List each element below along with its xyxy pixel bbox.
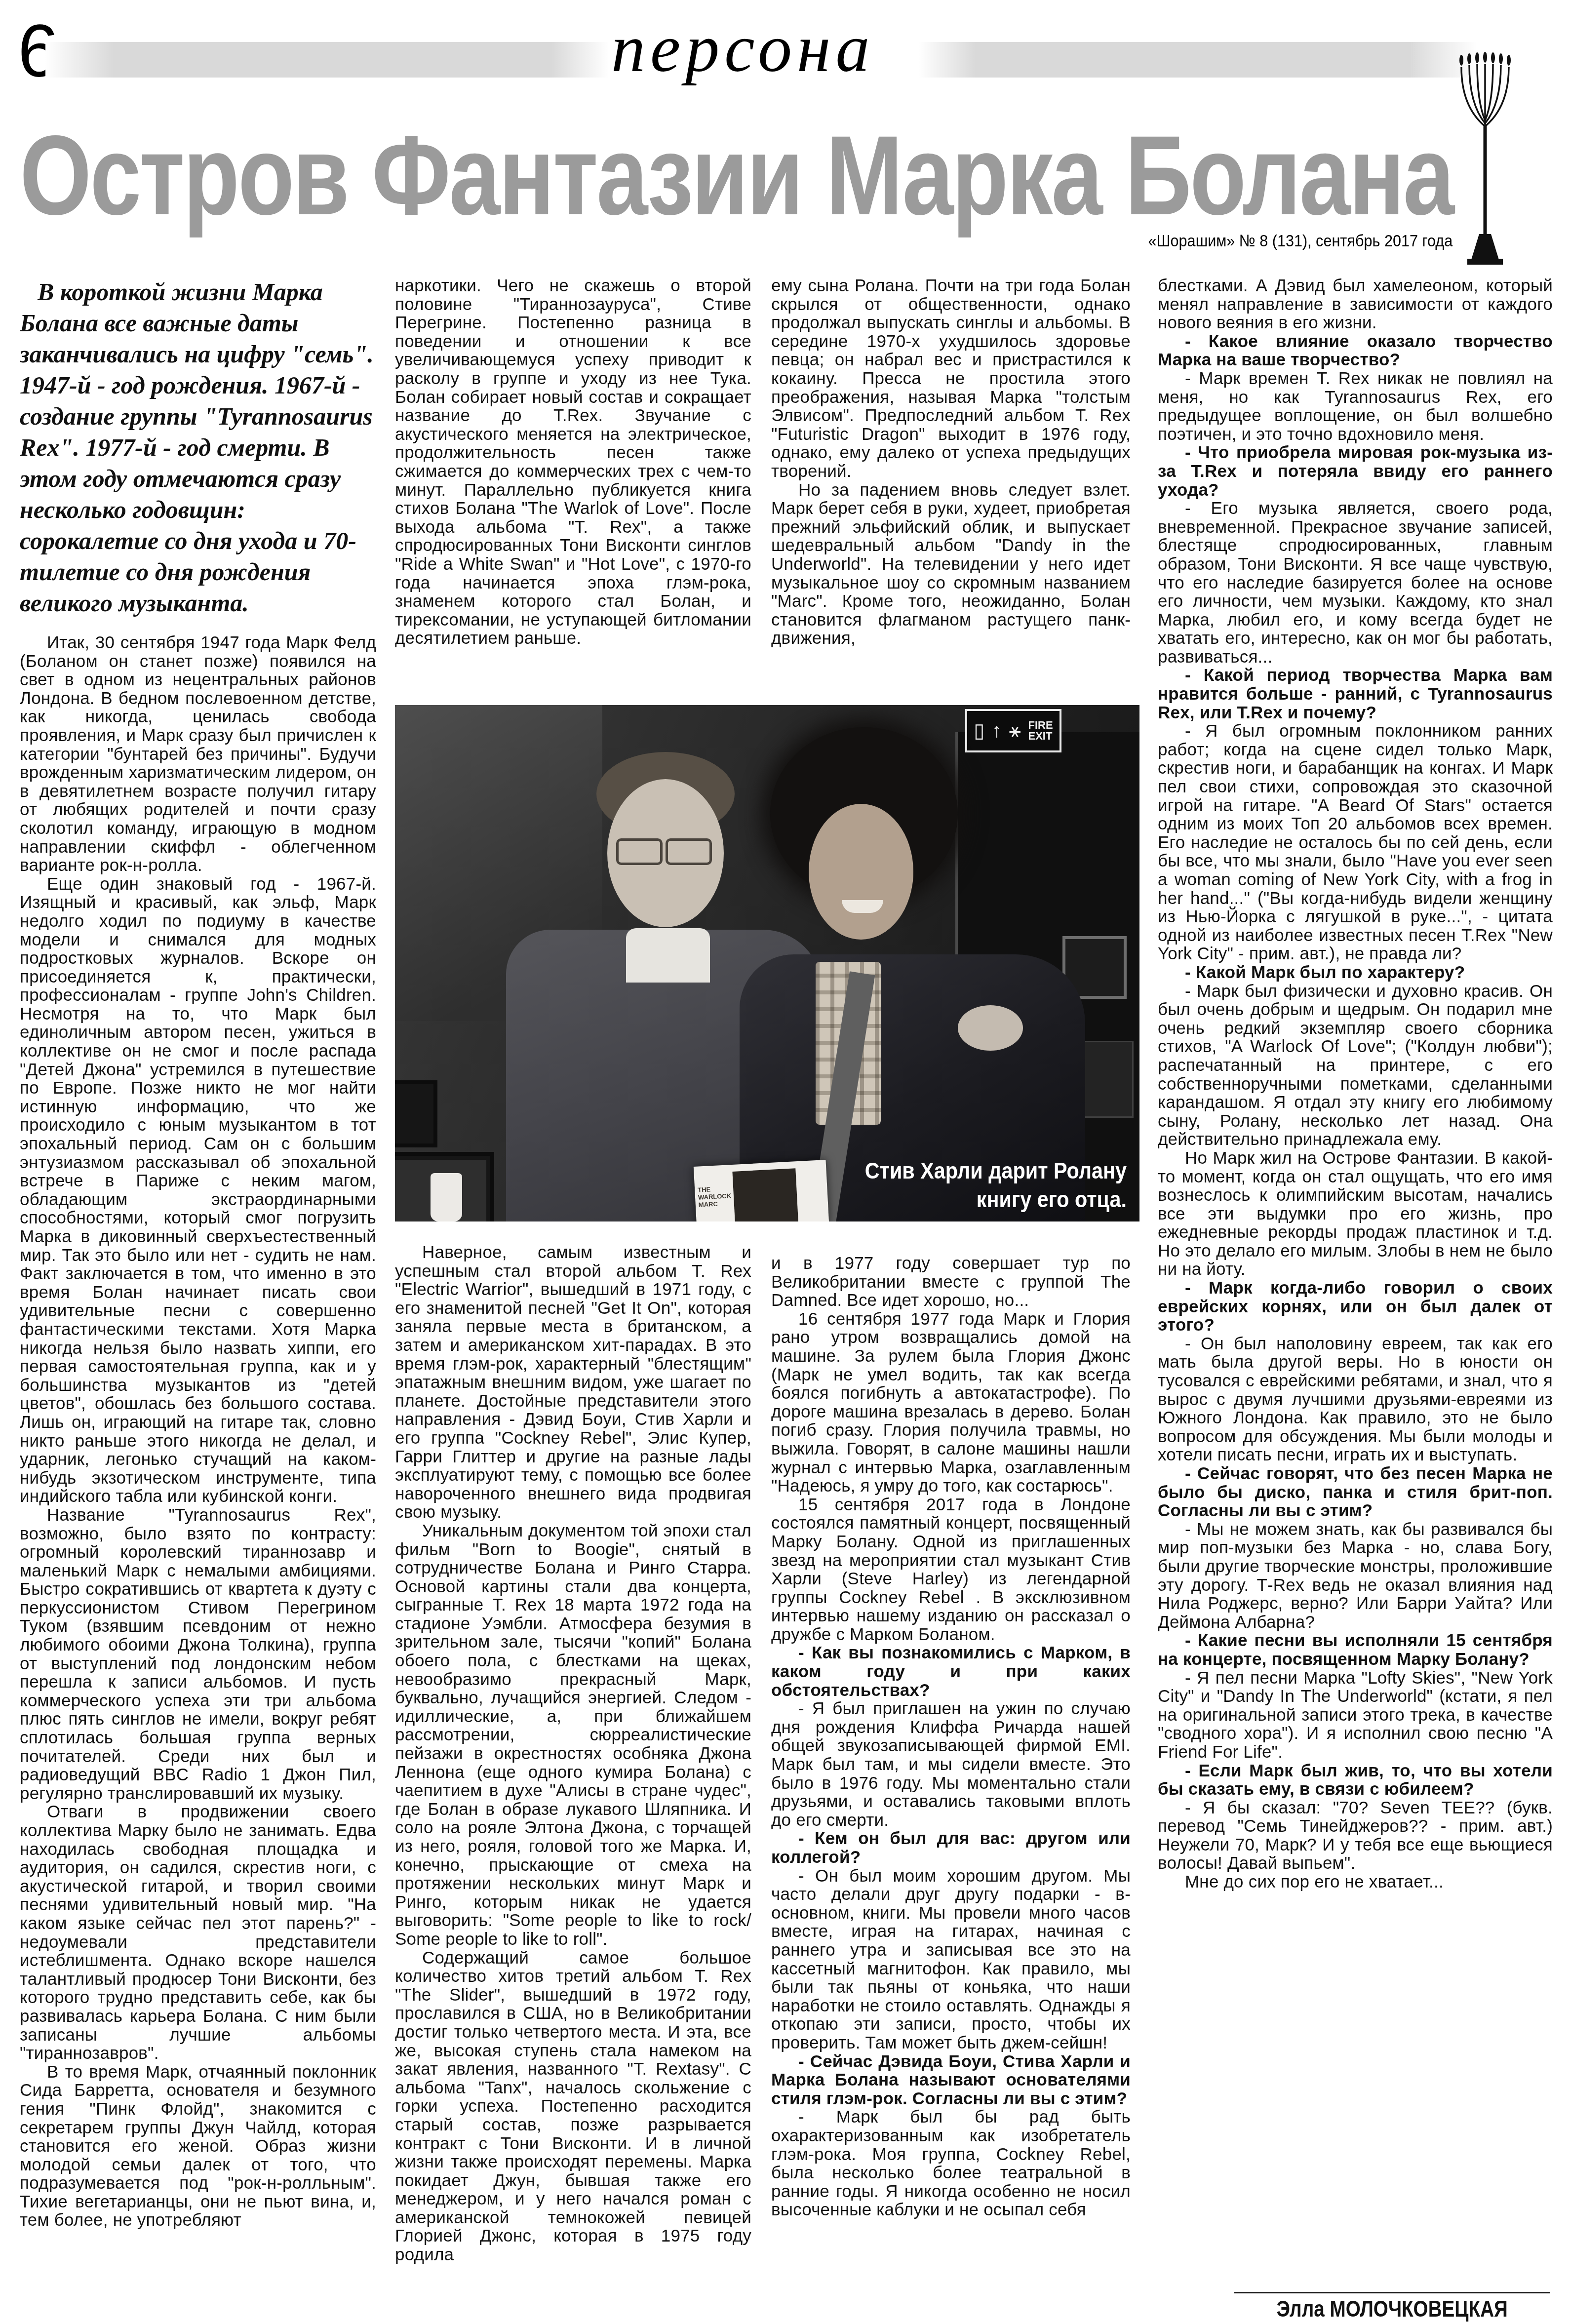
article-paragraph: - Его музыка является, своего рода, внев… — [1158, 499, 1553, 666]
article-paragraph: - Мы не можем знать, как бы развивался б… — [1158, 1520, 1553, 1632]
article-paragraph: и в 1977 году совершает тур по Великобри… — [771, 1254, 1131, 1310]
photo-harley-hand — [958, 1005, 1023, 1051]
header-rule-right — [919, 42, 1476, 78]
article-paragraph: - Он был моим хорошим другом. Мы часто д… — [771, 1867, 1131, 2052]
article-paragraph: Содержащий самое большое количество хито… — [395, 1949, 751, 2264]
photo-book-gift: THE WARLOCK MARC — [694, 1160, 829, 1221]
article-paragraph: Но за падением вновь следует взлет. Марк… — [771, 481, 1131, 648]
article-paragraph: Название "Tyrannosaurus Rex", возможно, … — [20, 1506, 376, 1803]
article-column-3-upper: ему сына Ролана. Почти на три года Болан… — [771, 276, 1131, 700]
fire-exit-label: FIRE EXIT — [1028, 720, 1053, 742]
photo-harley-glasses — [616, 838, 715, 864]
section-title: персона — [611, 11, 875, 86]
article-paragraph: - Я бы сказал: "70? Seven TEE?? (букв. п… — [1158, 1799, 1553, 1873]
article-photo: ▯ ↑ ⚹ FIRE EXIT THE WARLOCK MARC Стив Ха… — [395, 705, 1139, 1221]
article-column-2-upper: наркотики. Чего не скажешь о второй поло… — [395, 276, 751, 700]
article-paragraph: Мне до сих пор его не хватает... — [1158, 1873, 1553, 1891]
photo-monitor-small — [395, 1080, 437, 1147]
interview-question: - Марк когда-либо говорил о своих еврейс… — [1158, 1279, 1553, 1335]
article-paragraph: наркотики. Чего не скажешь о второй поло… — [395, 276, 751, 648]
article-paragraph: Отваги в продвижении своего коллектива М… — [20, 1803, 376, 2062]
running-man-icon: ⚹ — [1009, 721, 1021, 741]
article-paragraph: 16 сентября 1977 года Марк и Глория рано… — [771, 1310, 1131, 1496]
menorah-icon — [1457, 52, 1513, 267]
arrow-up-icon: ↑ — [992, 721, 1002, 741]
article-paragraph: Еще один знаковый год - 1967-й. Изящный … — [20, 875, 376, 1506]
article-paragraph: Наверное, самым известным и успешным ста… — [395, 1243, 751, 1522]
article-paragraph: блестками. А Дэвид был хамелеоном, котор… — [1158, 276, 1553, 332]
article-paragraph: - Марк был физически и духовно красив. О… — [1158, 982, 1553, 1149]
article-paragraph: Но Марк жил на Острове Фантазии. В какой… — [1158, 1149, 1553, 1279]
article-paragraph: - Он был наполовину евреем, так как его … — [1158, 1335, 1553, 1464]
article-paragraph: - Марк времен T. Rex никак не повлиял на… — [1158, 369, 1553, 443]
interview-question: - Если Марк был жив, то, что вы хотели б… — [1158, 1762, 1553, 1799]
interview-question: - Какое влияние оказало творчество Марка… — [1158, 332, 1553, 369]
article-paragraph: Уникальным документом той эпохи стал фил… — [395, 1522, 751, 1949]
interview-question: - Какой Марк был по характеру? — [1158, 963, 1553, 982]
article-paragraph: - Марк был бы рад быть охарактеризованны… — [771, 2108, 1131, 2219]
article-paragraph: - Я был приглашен на ужин по случаю дня … — [771, 1699, 1131, 1829]
interview-question: - Сейчас говорят, что без песен Марка не… — [1158, 1464, 1553, 1520]
article-paragraph: В то время Марк, отчаянный поклонник Сид… — [20, 2063, 376, 2230]
article-paragraph: - Я пел песни Марка "Lofty Skies", "New … — [1158, 1669, 1553, 1762]
interview-question: - Какие песни вы исполняли 15 сентября н… — [1158, 1631, 1553, 1668]
interview-question: - Как вы познакомились с Марком, в каком… — [771, 1644, 1131, 1699]
article-lead: В короткой жизни Марка Болана все важные… — [20, 276, 376, 619]
article-paragraph: 15 сентября 2017 года в Лондоне состоялс… — [771, 1496, 1131, 1644]
article-column-2-lower: Наверное, самым известным и успешным ста… — [395, 1243, 751, 2324]
article-paragraph: ему сына Ролана. Почти на три года Болан… — [771, 276, 1131, 481]
column-1-paragraphs: Итак, 30 сентября 1947 года Марк Фелд (Б… — [20, 633, 376, 2230]
fire-exit-sign: ▯ ↑ ⚹ FIRE EXIT — [965, 709, 1061, 752]
photo-paper-cup — [431, 1173, 462, 1221]
interview-question: - Что приобрела мировая рок-музыка из-за… — [1158, 443, 1553, 499]
photo-book-cover-text: THE WARLOCK MARC — [698, 1184, 733, 1209]
photo-rolan-smile — [842, 900, 883, 913]
interview-question: - Сейчас Дэвида Боуи, Стива Харли и Марк… — [771, 2052, 1131, 2108]
article-paragraph: Итак, 30 сентября 1947 года Марк Фелд (Б… — [20, 633, 376, 875]
header-rule-left — [45, 42, 608, 78]
photo-rolan-face — [809, 804, 913, 940]
author-signature-block: Элла МОЛОЧКОВЕЦКАЯ — [1234, 2292, 1550, 2324]
author-name: Элла МОЛОЧКОВЕЦКАЯ — [1277, 2295, 1508, 2322]
article-title: Остров Фантазии Марка Болана — [20, 119, 1453, 232]
interview-question: - Кем он был для вас: другом или коллего… — [771, 1829, 1131, 1866]
interview-question: - Какой период творчества Марка вам нрав… — [1158, 666, 1553, 722]
photo-harley-tshirt — [626, 928, 710, 983]
article-column-1: В короткой жизни Марка Болана все важные… — [20, 276, 376, 2324]
door-pictogram-icon: ▯ — [974, 721, 984, 741]
photo-caption: Стив Харли дарит Ролану книгу его отца. — [831, 1156, 1127, 1214]
article-column-4: блестками. А Дэвид был хамелеоном, котор… — [1158, 276, 1553, 2286]
photo-book-cover-portrait — [732, 1168, 798, 1221]
article-column-3-lower: и в 1977 году совершает тур по Великобри… — [771, 1254, 1131, 2324]
newspaper-page: { "page": { "number": "6", "section": "п… — [0, 0, 1570, 2324]
article-paragraph: - Я был огромным поклонником ранних рабо… — [1158, 722, 1553, 963]
